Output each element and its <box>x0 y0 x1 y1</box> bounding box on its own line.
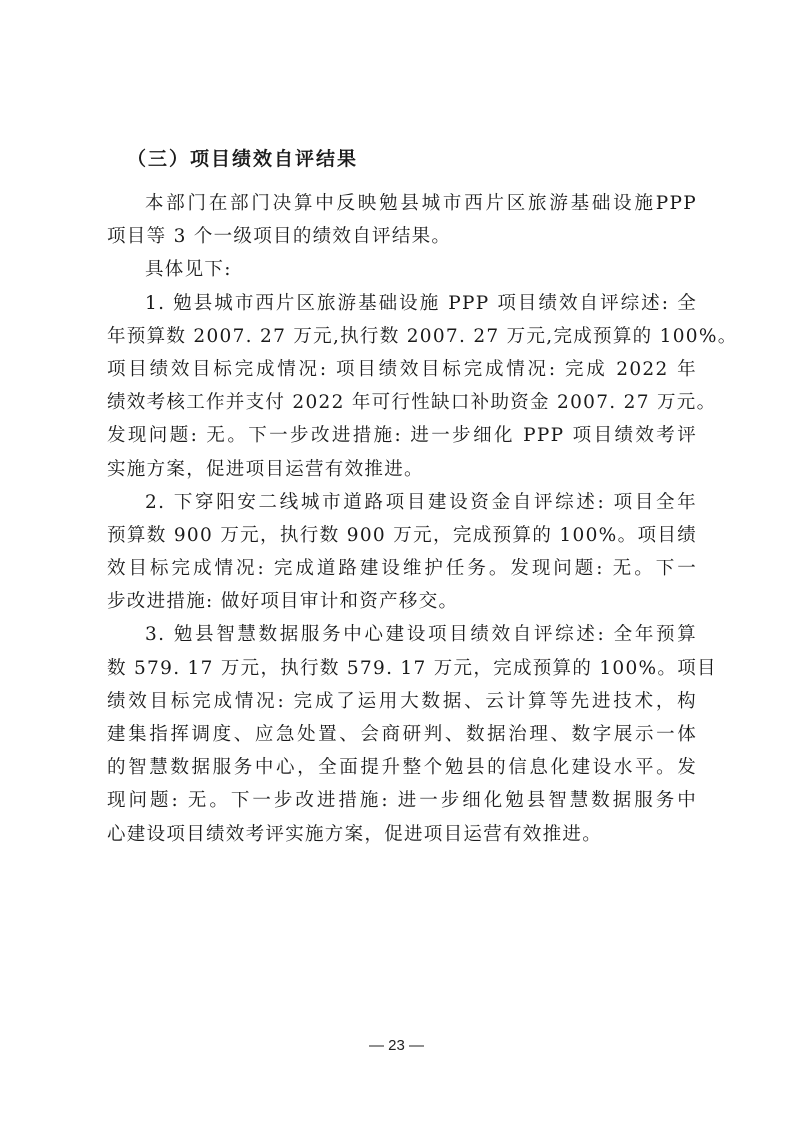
paragraph-line: 发现问题: 无。下一步改进措施: 进一步细化 PPP 项目绩效考评 <box>107 419 697 452</box>
paragraph-line: 3. 勉县智慧数据服务中心建设项目绩效自评综述: 全年预算 <box>107 618 697 651</box>
page-number: — 23 — <box>0 1037 793 1054</box>
paragraph-line: 具体见下: <box>107 253 697 286</box>
paragraph-line: 现问题: 无。下一步改进措施: 进一步细化勉县智慧数据服务中 <box>107 784 697 817</box>
paragraph-line: 数 579. 17 万元，执行数 579. 17 万元，完成预算的 100%。项… <box>107 652 697 685</box>
page-content: （三）项目绩效自评结果 本部门在部门决算中反映勉县城市西片区旅游基础设施PPP … <box>107 143 697 851</box>
see-below-paragraph: 具体见下: <box>107 253 697 286</box>
paragraph-line: 建集指挥调度、应急处置、会商研判、数据治理、数字展示一体 <box>107 718 697 751</box>
paragraph-line: 步改进措施: 做好项目审计和资产移交。 <box>107 585 697 618</box>
paragraph-line: 的智慧数据服务中心，全面提升整个勉县的信息化建设水平。发 <box>107 751 697 784</box>
paragraph-line: 实施方案，促进项目运营有效推进。 <box>107 453 697 486</box>
intro-paragraph: 本部门在部门决算中反映勉县城市西片区旅游基础设施PPP 项目等 3 个一级项目的… <box>107 187 697 253</box>
paragraph-line: 预算数 900 万元，执行数 900 万元，完成预算的 100%。项目绩 <box>107 519 697 552</box>
paragraph-line: 效目标完成情况: 完成道路建设维护任务。发现问题: 无。下一 <box>107 552 697 585</box>
paragraph-line: 绩效考核工作并支付 2022 年可行性缺口补助资金 2007. 27 万元。 <box>107 386 697 419</box>
paragraph-line: 年预算数 2007. 27 万元,执行数 2007. 27 万元,完成预算的 1… <box>107 320 697 353</box>
paragraph-line: 绩效目标完成情况: 完成了运用大数据、云计算等先进技术，构 <box>107 685 697 718</box>
paragraph-line: 心建设项目绩效考评实施方案，促进项目运营有效推进。 <box>107 818 697 851</box>
paragraph-line: 本部门在部门决算中反映勉县城市西片区旅游基础设施PPP <box>107 187 697 220</box>
document-page: （三）项目绩效自评结果 本部门在部门决算中反映勉县城市西片区旅游基础设施PPP … <box>0 0 793 1122</box>
paragraph-line: 1. 勉县城市西片区旅游基础设施 PPP 项目绩效自评综述: 全 <box>107 287 697 320</box>
section-title: （三）项目绩效自评结果 <box>107 143 697 176</box>
paragraph-line: 项目绩效目标完成情况: 项目绩效目标完成情况: 完成 2022 年 <box>107 353 697 386</box>
item-1-paragraph: 1. 勉县城市西片区旅游基础设施 PPP 项目绩效自评综述: 全 年预算数 20… <box>107 287 697 486</box>
item-2-paragraph: 2. 下穿阳安二线城市道路项目建设资金自评综述: 项目全年 预算数 900 万元… <box>107 486 697 619</box>
paragraph-line: 项目等 3 个一级项目的绩效自评结果。 <box>107 220 697 253</box>
paragraph-line: 2. 下穿阳安二线城市道路项目建设资金自评综述: 项目全年 <box>107 486 697 519</box>
item-3-paragraph: 3. 勉县智慧数据服务中心建设项目绩效自评综述: 全年预算 数 579. 17 … <box>107 618 697 850</box>
